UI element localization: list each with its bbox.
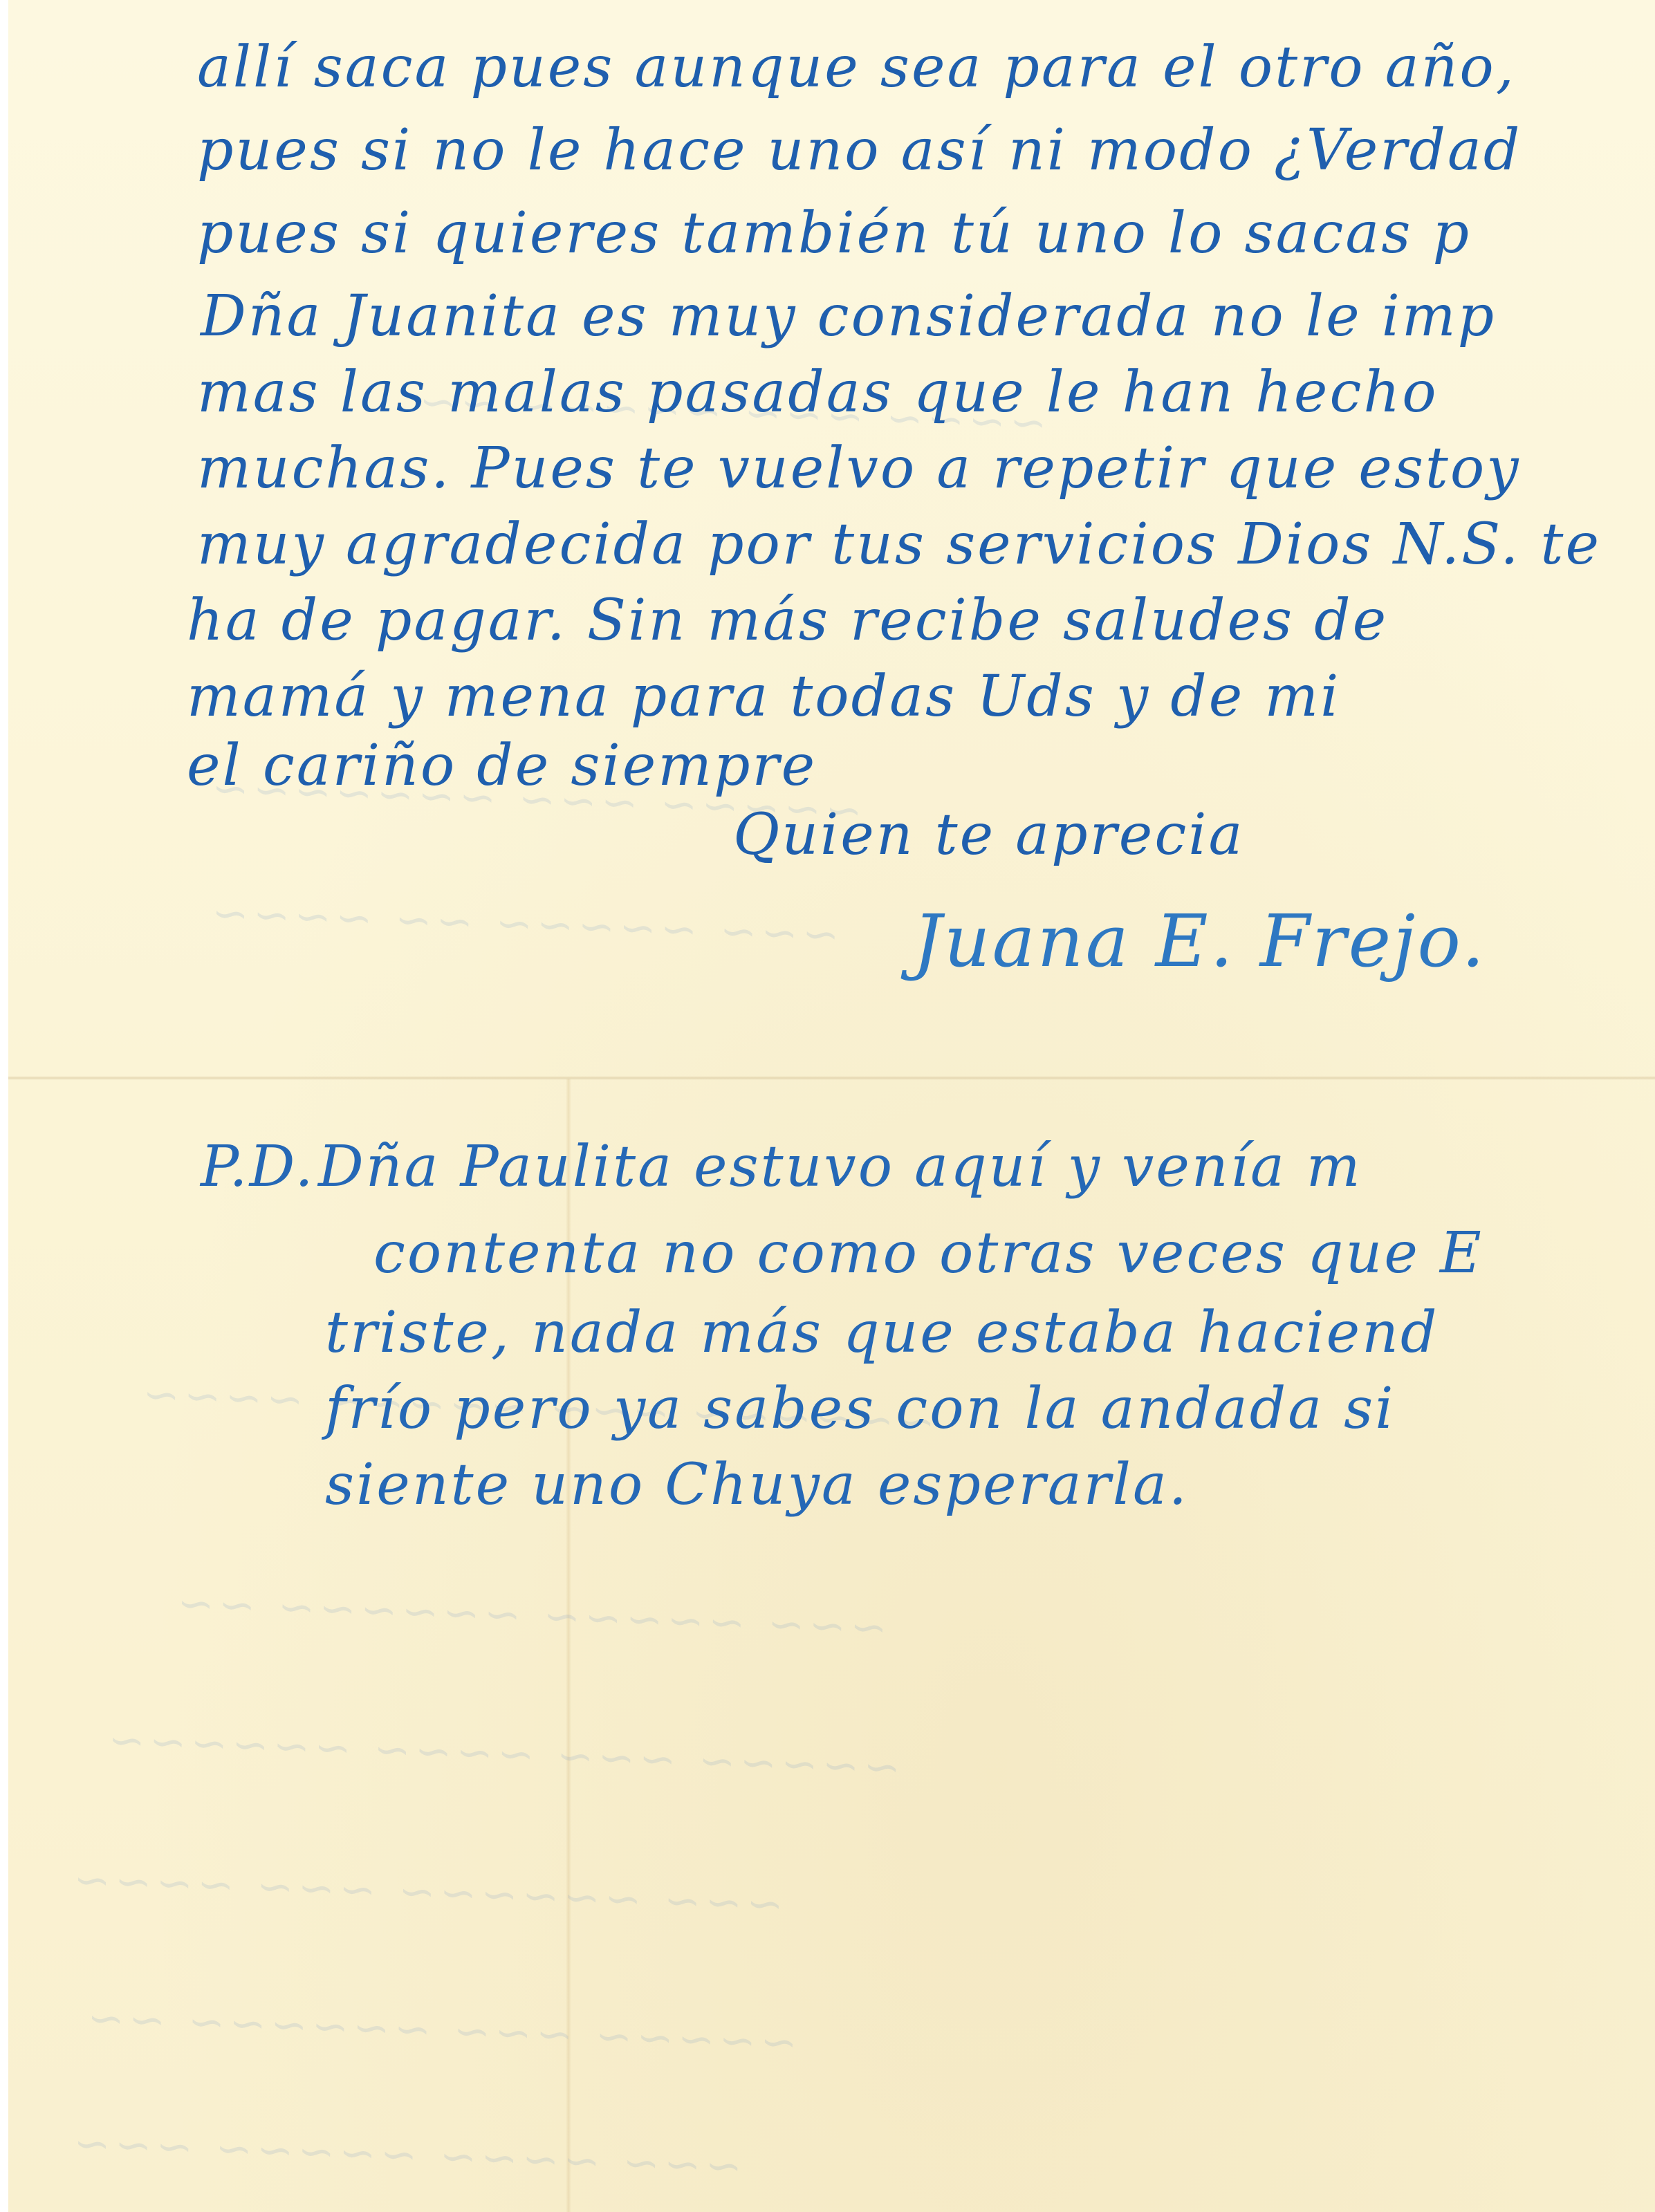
body-line: pues si quieres también tú uno lo sacas … [197,201,1471,266]
body-line: muchas. Pues te vuelvo a repetir que est… [197,436,1521,501]
postscript-line: Dña Paulita estuvo aquí y venía m [318,1134,1362,1200]
body-line: ha de pagar. Sin más recibe saludes de [187,588,1388,653]
postscript-line: siente uno Chuya esperarla. [325,1452,1189,1518]
signature: Juana E. Frejo. [913,899,1486,983]
body-line: pues si no le hace uno así ni modo ¿Verd… [197,118,1522,183]
postscript-line: frío pero ya sabes con la andada si [325,1376,1395,1442]
postscript-label: P.D. [201,1134,315,1200]
body-line: el cariño de siempre [187,733,817,799]
body-line: mas las malas pasadas que le han hecho [197,360,1439,425]
body-line: mamá y mena para todas Uds y de mi [187,664,1340,729]
scan-margin [0,0,8,2212]
postscript-line: triste, nada más que estaba haciend [325,1300,1439,1366]
body-line: allí saca pues aunque sea para el otro a… [197,35,1516,100]
body-line: muy agradecida por tus servicios Dios N.… [197,512,1601,577]
postscript-line: contenta no como otras veces que E [373,1220,1483,1286]
body-line: Dña Juanita es muy considerada no le imp [201,284,1496,349]
horizontal-fold-crease [8,1076,1655,1080]
valediction: Quien te aprecia [733,802,1244,868]
